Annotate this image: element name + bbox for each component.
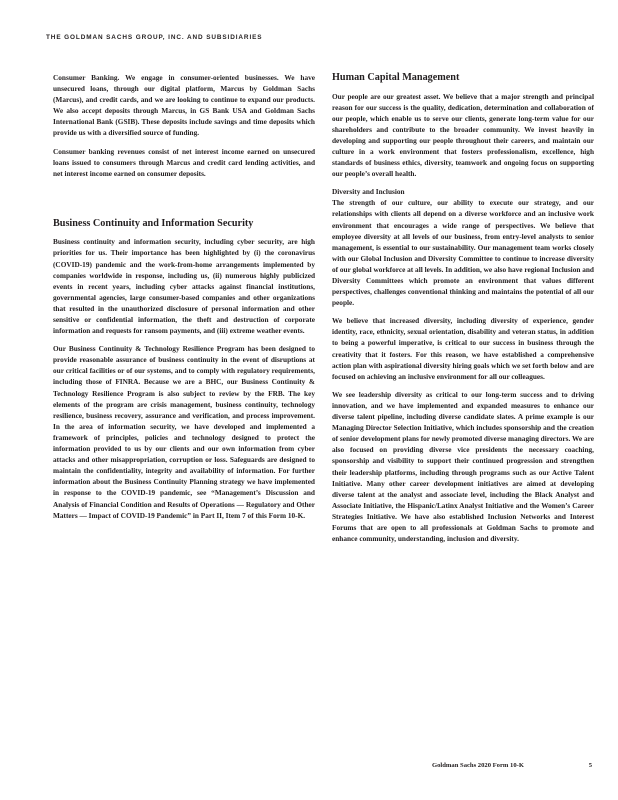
consumer-banking-body: We engage in consumer-oriented businesse… — [53, 73, 315, 137]
page-number: 5 — [589, 762, 592, 769]
left-column: Consumer Banking. We engage in consumer-… — [53, 72, 315, 528]
consumer-banking-revenues-paragraph: Consumer banking revenues consist of net… — [53, 146, 315, 179]
consumer-banking-paragraph: Consumer Banking. We engage in consumer-… — [53, 72, 315, 139]
running-head: The Goldman Sachs Group, Inc. and Subsid… — [46, 34, 262, 41]
business-continuity-paragraph-1: Business continuity and information secu… — [53, 236, 315, 336]
section-spacer — [53, 186, 315, 218]
diversity-paragraph-2: We believe that increased diversity, inc… — [332, 315, 594, 382]
human-capital-paragraph: Our people are our greatest asset. We be… — [332, 91, 594, 180]
right-column: Human Capital Management Our people are … — [332, 72, 594, 551]
diversity-paragraph-1: The strength of our culture, our ability… — [332, 197, 594, 308]
diversity-inclusion-subheading: Diversity and Inclusion — [332, 186, 594, 197]
diversity-paragraph-3: We see leadership diversity as critical … — [332, 389, 594, 544]
human-capital-heading: Human Capital Management — [332, 72, 594, 85]
business-continuity-heading: Business Continuity and Information Secu… — [53, 218, 315, 231]
consumer-banking-lead: Consumer Banking. — [53, 73, 119, 82]
business-continuity-paragraph-2: Our Business Continuity & Technology Res… — [53, 343, 315, 521]
footer-document-title: Goldman Sachs 2020 Form 10-K — [432, 762, 524, 769]
